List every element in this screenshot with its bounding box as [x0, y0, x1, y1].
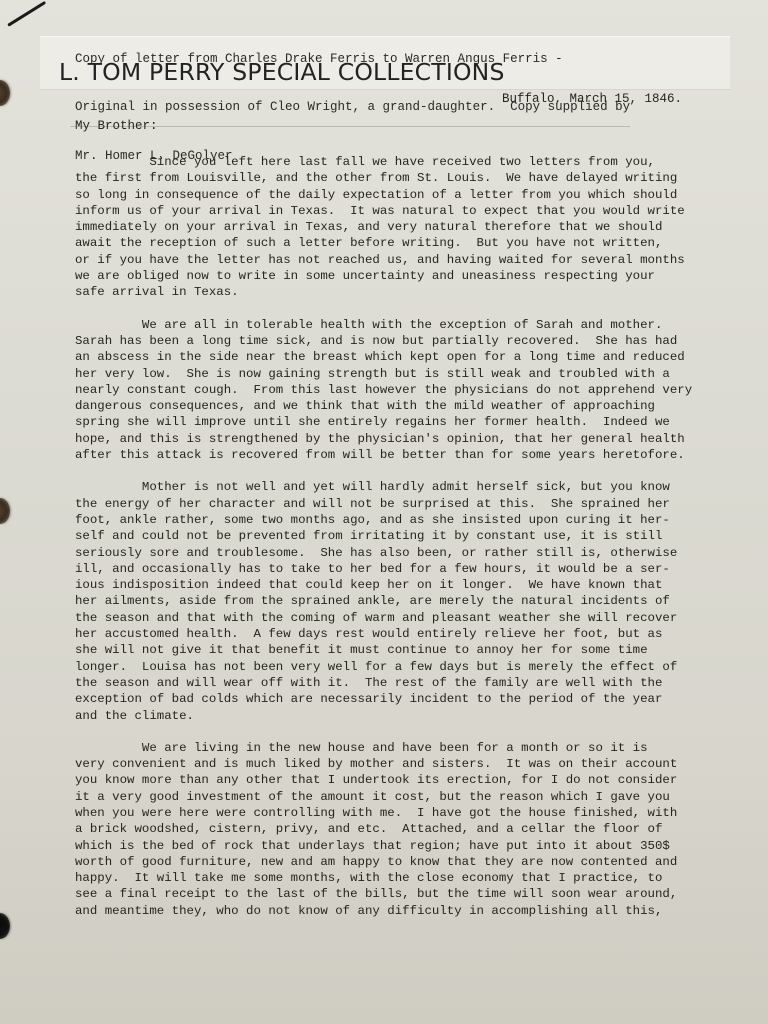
- letter-line: safe arrival in Texas.: [75, 284, 755, 300]
- letter-line: you know more than any other that I unde…: [75, 772, 755, 788]
- letter-line: when you were here were controlling with…: [75, 805, 755, 821]
- letter-line: inform us of your arrival in Texas. It w…: [75, 203, 755, 219]
- letter-line: a brick woodshed, cistern, privy, and et…: [75, 821, 755, 837]
- punch-hole-icon: [0, 913, 10, 939]
- letter-line: the season and will wear off with it. Th…: [75, 675, 755, 691]
- pen-mark: [7, 1, 46, 27]
- letter-line: happy. It will take me some months, with…: [75, 870, 755, 886]
- letter-line: ill, and occasionally has to take to her…: [75, 561, 755, 577]
- letter-line: her accustomed health. A few days rest w…: [75, 626, 755, 642]
- letter-line: so long in consequence of the daily expe…: [75, 187, 755, 203]
- letter-line: see a final receipt to the last of the b…: [75, 886, 755, 902]
- letter-line: foot, ankle rather, some two months ago,…: [75, 512, 755, 528]
- letter-line: the first from Louisville, and the other…: [75, 170, 755, 186]
- letter-line: Mother is not well and yet will hardly a…: [75, 479, 755, 495]
- letter-line: her ailments, aside from the sprained an…: [75, 593, 755, 609]
- letter-line: seriously sore and troublesome. She has …: [75, 545, 755, 561]
- letter-line: an abscess in the side near the breast w…: [75, 349, 755, 365]
- letter-line: self and could not be prevented from irr…: [75, 528, 755, 544]
- letter-line: we are obliged now to write in some unce…: [75, 268, 755, 284]
- letter-line: the season and that with the coming of w…: [75, 610, 755, 626]
- letter-line: worth of good furniture, new and am happ…: [75, 854, 755, 870]
- letter-line: Since you left here last fall we have re…: [75, 154, 755, 170]
- letter-line: spring she will improve until she entire…: [75, 414, 755, 430]
- salutation: My Brother:: [75, 118, 158, 134]
- letter-line: nearly constant cough. From this last ho…: [75, 382, 755, 398]
- letter-line: await the reception of such a letter bef…: [75, 235, 755, 251]
- letter-line: exception of bad colds which are necessa…: [75, 691, 755, 707]
- letter-line: the energy of her character and will not…: [75, 496, 755, 512]
- letter-line: longer. Louisa has not been very well fo…: [75, 659, 755, 675]
- letter-body: Since you left here last fall we have re…: [75, 154, 755, 935]
- dateline: Buffalo, March 15, 1846.: [502, 91, 682, 107]
- punch-hole-icon: [0, 80, 10, 106]
- letter-line: We are living in the new house and have …: [75, 740, 755, 756]
- letter-line: or if you have the letter has not reache…: [75, 252, 755, 268]
- letter-line: and meantime they, who do not know of an…: [75, 903, 755, 919]
- letter-line: immediately on your arrival in Texas, an…: [75, 219, 755, 235]
- letter-line: ious indisposition indeed that could kee…: [75, 577, 755, 593]
- letter-line: it a very good investment of the amount …: [75, 789, 755, 805]
- letter-line: hope, and this is strengthened by the ph…: [75, 431, 755, 447]
- letter-paragraph: We are all in tolerable health with the …: [75, 317, 755, 464]
- letter-paragraph: Mother is not well and yet will hardly a…: [75, 479, 755, 723]
- letter-line: We are all in tolerable health with the …: [75, 317, 755, 333]
- letter-line: and the climate.: [75, 708, 755, 724]
- letter-line: Sarah has been a long time sick, and is …: [75, 333, 755, 349]
- letter-line: her very low. She is now gaining strengt…: [75, 366, 755, 382]
- punch-hole-icon: [0, 498, 10, 524]
- letter-paragraph: We are living in the new house and have …: [75, 740, 755, 919]
- letter-line: very convenient and is much liked by mot…: [75, 756, 755, 772]
- letter-line: dangerous consequences, and we think tha…: [75, 398, 755, 414]
- document-page: Copy of letter from Charles Drake Ferris…: [0, 0, 768, 1024]
- letter-line: which is the bed of rock that underlays …: [75, 838, 755, 854]
- letter-paragraph: Since you left here last fall we have re…: [75, 154, 755, 301]
- letter-line: after this attack is recovered from will…: [75, 447, 755, 463]
- letter-line: she will not give it that benefit it mus…: [75, 642, 755, 658]
- collections-stamp: L. TOM PERRY SPECIAL COLLECTIONS: [59, 58, 505, 86]
